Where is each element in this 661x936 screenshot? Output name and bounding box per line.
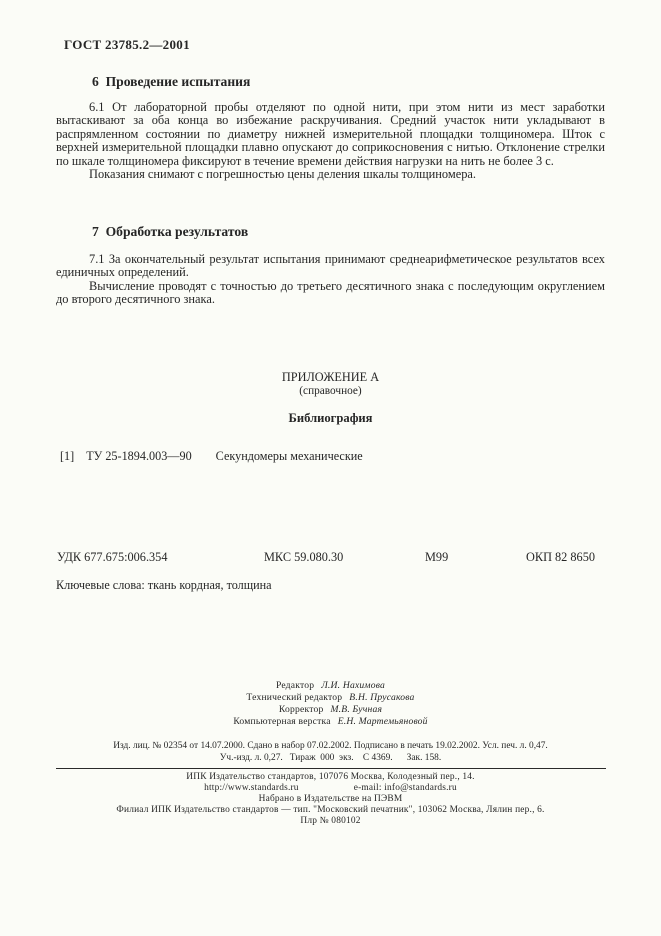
publisher-block: ИПК Издательство стандартов, 107076 Моск… [56, 772, 605, 827]
document-code: ГОСТ 23785.2—2001 [64, 37, 190, 53]
appendix-header: ПРИЛОЖЕНИЕ А (справочное) [56, 370, 605, 397]
publisher-email: e-mail: info@standards.ru [354, 783, 457, 793]
appendix-subtitle: (справочное) [56, 385, 605, 397]
paragraph-6-1-note: Показания снимают с погрешностью цены де… [56, 168, 605, 181]
paragraph-6-1: 6.1 От лабораторной пробы отделяют по од… [56, 101, 605, 168]
section-6-body: 6.1 От лабораторной пробы отделяют по од… [56, 101, 605, 181]
imprint-line-2: Уч.-изд. л. 0,27. Тираж 000 экз. С 4369.… [56, 752, 605, 764]
document-page: ГОСТ 23785.2—2001 6 Проведение испытания… [0, 0, 661, 936]
publisher-address: ИПК Издательство стандартов, 107076 Моск… [56, 772, 605, 783]
imprint-block: Изд. лиц. № 02354 от 14.07.2000. Сдано в… [56, 740, 605, 764]
bibliography-entry: [1]ТУ 25-1894.003—90Секундомеры механиче… [60, 449, 363, 464]
credit-name: В.Н. Прусакова [349, 692, 414, 703]
credit-layout: Компьютерная версткаЕ.Н. Мартемьяновой [56, 716, 605, 728]
ref-code: ТУ 25-1894.003—90 [86, 449, 191, 463]
branch-address: Филиал ИПК Издательство стандартов — тип… [56, 805, 605, 816]
typeset-note: Набрано в Издательстве на ПЭВМ [56, 794, 605, 805]
imprint-line-1: Изд. лиц. № 02354 от 14.07.2000. Сдано в… [56, 740, 605, 752]
udk-code: УДК 677.675:006.354 [57, 550, 167, 565]
credit-name: Е.Н. Мартемьяновой [338, 716, 428, 727]
bibliography-heading: Библиография [56, 411, 605, 426]
mks-code: МКС 59.080.30 [264, 550, 343, 565]
keywords-line: Ключевые слова: ткань кордная, толщина [56, 578, 272, 593]
credit-role: Технический редактор [246, 692, 342, 703]
group-code: М99 [425, 550, 448, 565]
credit-editor: РедакторЛ.И. Нахимова [56, 680, 605, 692]
divider-rule [56, 768, 606, 769]
credit-corrector: КорректорМ.В. Бучная [56, 704, 605, 716]
publisher-contacts: http://www.standards.rue-mail: info@stan… [56, 783, 605, 794]
plr-number: Плр № 080102 [56, 816, 605, 827]
section-6-heading: 6 Проведение испытания [56, 74, 605, 90]
publisher-website: http://www.standards.ru [204, 783, 299, 793]
paragraph-7-1: 7.1 За окончательный результат испытания… [56, 253, 605, 280]
ref-label: [1] [60, 449, 74, 463]
credit-technical-editor: Технический редакторВ.Н. Прусакова [56, 692, 605, 704]
credit-role: Редактор [276, 680, 314, 691]
okp-code: ОКП 82 8650 [526, 550, 595, 565]
section-7-heading: 7 Обработка результатов [56, 224, 605, 240]
credit-role: Корректор [279, 704, 324, 715]
credits-block: РедакторЛ.И. Нахимова Технический редакт… [56, 680, 605, 728]
ref-title: Секундомеры механические [216, 449, 363, 463]
credit-role: Компьютерная верстка [233, 716, 330, 727]
credit-name: М.В. Бучная [330, 704, 382, 715]
paragraph-7-1-note: Вычисление проводят с точностью до треть… [56, 280, 605, 307]
section-7-body: 7.1 За окончательный результат испытания… [56, 253, 605, 307]
credit-name: Л.И. Нахимова [321, 680, 385, 691]
appendix-title: ПРИЛОЖЕНИЕ А [56, 370, 605, 385]
